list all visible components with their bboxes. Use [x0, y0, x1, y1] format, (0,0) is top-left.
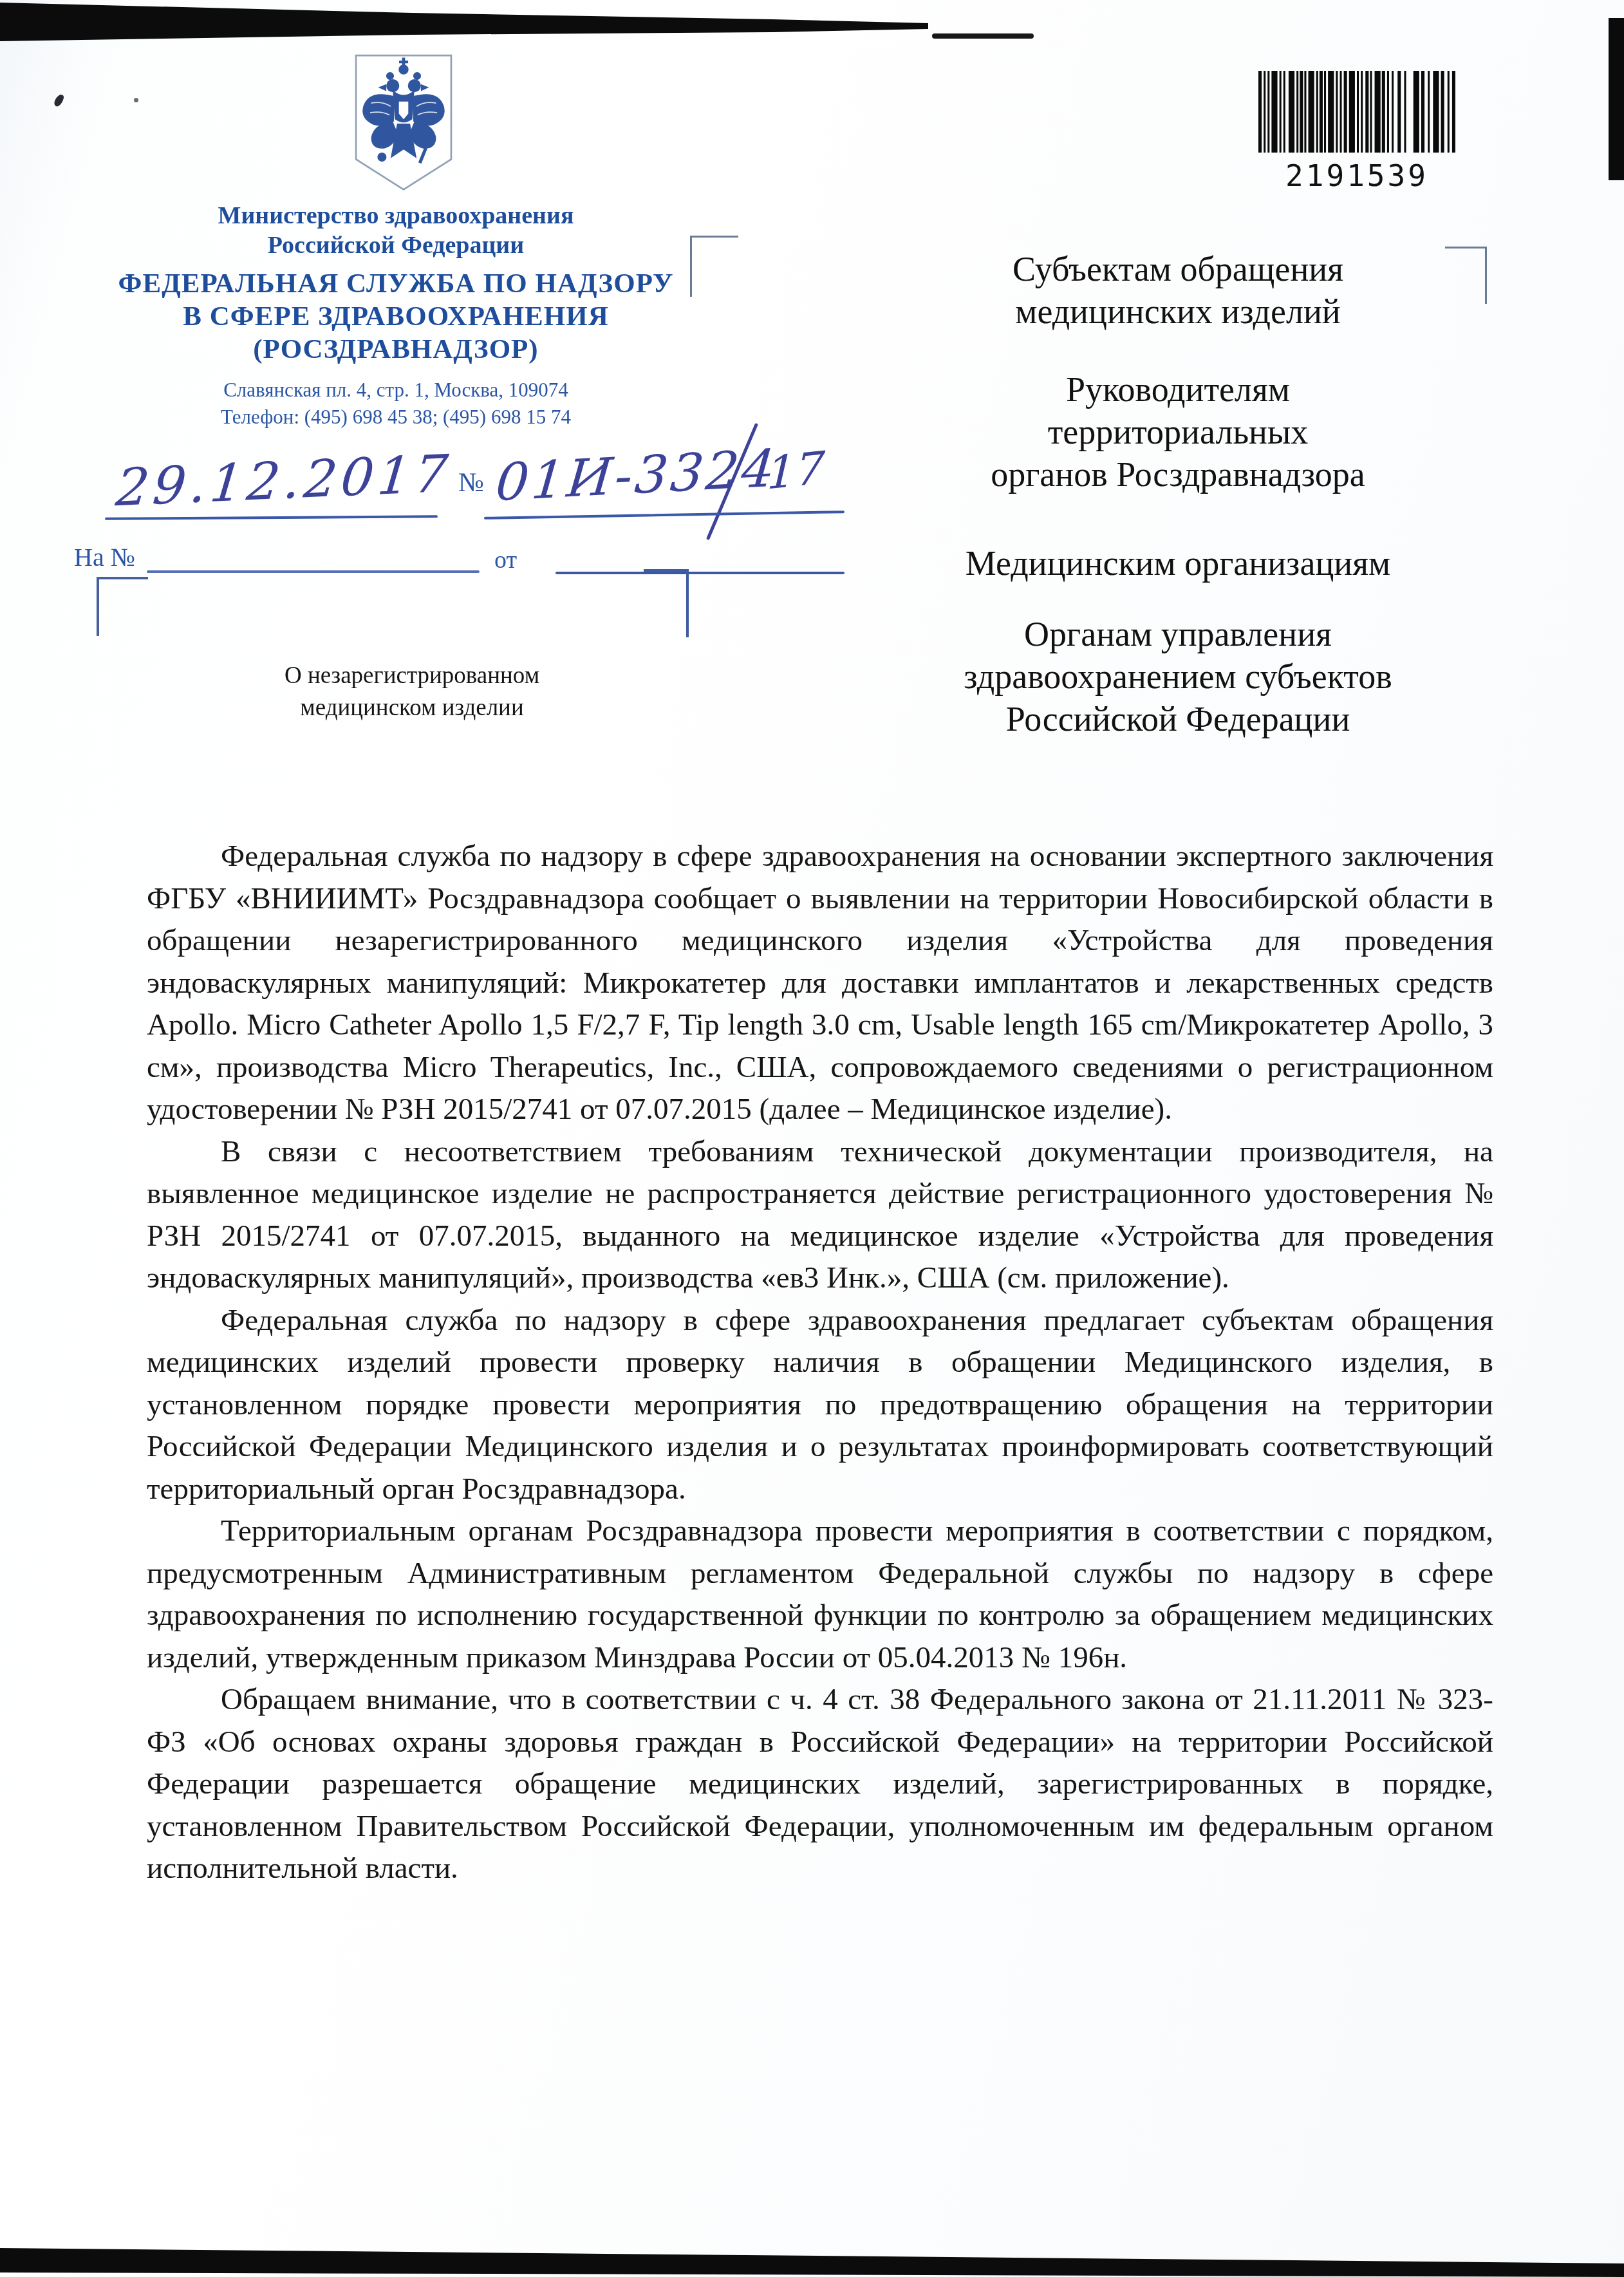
ministry-name: Министерство здравоохранения Российской … — [138, 201, 653, 260]
body-paragraph-5: Обращаем внимание, что в соответствии с … — [147, 1679, 1493, 1890]
reply-from-label: от — [494, 546, 517, 574]
scan-artifact-right-bar — [1609, 18, 1624, 180]
barcode-bars — [1258, 71, 1455, 153]
recipient-health-authorities: Органам управления здравоохранением субъ… — [879, 613, 1477, 740]
scan-artifact-top-bar — [0, 0, 1624, 52]
handwritten-number-suffix: 17 — [766, 442, 826, 500]
pen-mark-dot — [134, 98, 138, 102]
subject-line: О незарегистрированном медицинском издел… — [219, 660, 605, 724]
barcode-number: 2191539 — [1258, 158, 1455, 193]
body-paragraph-2: В связи с несоответствием требованиям те… — [147, 1131, 1493, 1300]
form-corner-bracket-left — [97, 577, 148, 636]
document-page: Министерство здравоохранения Российской … — [0, 0, 1624, 2277]
recipient-territorial-heads: Руководителям территориальных органов Ро… — [879, 368, 1477, 496]
recipient-subjects-of-circulation: Субъектам обращения медицинских изделий — [879, 248, 1477, 333]
body-paragraph-1: Федеральная служба по надзору в сфере зд… — [147, 836, 1493, 1131]
handwritten-number: 01И-3324 — [494, 438, 780, 513]
body-paragraph-3: Федеральная служба по надзору в сфере зд… — [147, 1300, 1493, 1511]
address-zone-bracket-left — [690, 236, 738, 297]
barcode: 2191539 — [1258, 71, 1455, 193]
reply-date-underline — [555, 572, 845, 574]
reply-to-label: На № — [74, 542, 135, 572]
coat-of-arms-icon — [350, 50, 458, 197]
handwritten-date: 29.12.2017 — [113, 444, 454, 518]
recipient-medical-organizations: Медицинским организациям — [879, 542, 1477, 585]
agency-address: Славянская пл. 4, стр. 1, Москва, 109074 — [138, 379, 653, 402]
agency-name: ФЕДЕРАЛЬНАЯ СЛУЖБА ПО НАДЗОРУ В СФЕРЕ ЗД… — [106, 267, 686, 366]
number-sign: № — [458, 467, 484, 498]
scan-artifact-bottom-bar — [0, 2189, 1624, 2277]
form-corner-bracket-right — [644, 569, 689, 637]
letter-body: Федеральная служба по надзору в сфере зд… — [147, 836, 1493, 1890]
number-underline — [484, 511, 845, 520]
body-paragraph-4: Территориальным органам Росздравнадзора … — [147, 1510, 1493, 1679]
pen-mark — [53, 93, 65, 108]
agency-phone: Телефон: (495) 698 45 38; (495) 698 15 7… — [138, 406, 653, 429]
reply-number-underline — [147, 570, 480, 573]
